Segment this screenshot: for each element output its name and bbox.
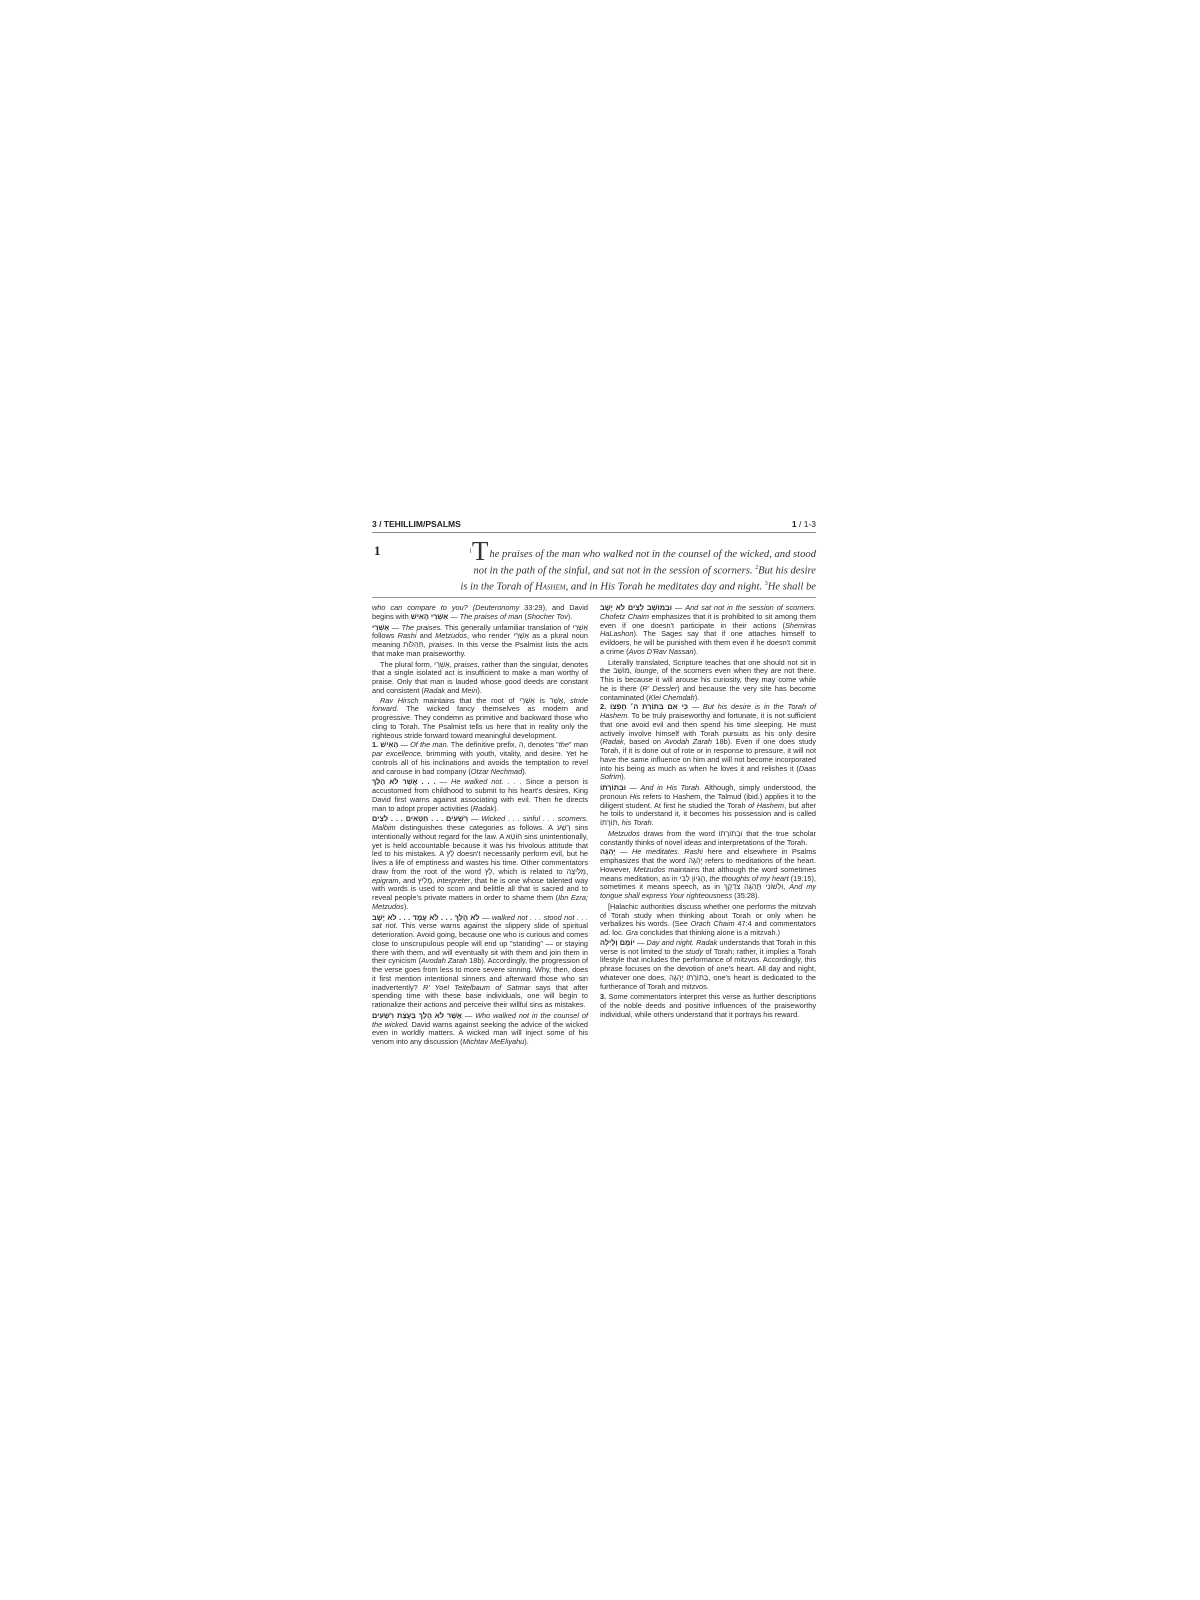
commentary-paragraph: who can compare to you? (Deuteronomy 33:… xyxy=(372,604,588,622)
commentary-paragraph: The plural form, אַשְׁרֵי, praises, rath… xyxy=(372,661,588,696)
commentary-paragraph: וּבְתוֹרָתוֹ — And in His Torah. Althoug… xyxy=(600,784,816,828)
verse-line: But his desire xyxy=(758,565,816,576)
verse-line: is in the Torah of xyxy=(460,581,532,592)
commentary-paragraph: [Halachic authorities discuss whether on… xyxy=(600,903,816,938)
commentary-paragraph: Metzudos draws from the word וּבְתוֹרָתו… xyxy=(600,830,816,848)
verse-line: , and in His Torah he meditates day and … xyxy=(566,581,762,592)
commentary-columns: who can compare to you? (Deuteronomy 33:… xyxy=(372,604,816,1049)
book-page: 3 / TEHILLIM/PSALMS 1 / 1-3 1 1The prais… xyxy=(372,519,816,1049)
commentary-paragraph: 1. הָאִישׁ — Of the man. The definitive … xyxy=(372,741,588,776)
commentary-paragraph: וּבְמוֹשַׁב לֵצִים לֹא יָשָׁב — And sat … xyxy=(600,604,816,657)
verse-translation: 1The praises of the man who walked not i… xyxy=(434,541,816,594)
verse-line: he praises of the man who walked not in … xyxy=(489,549,816,560)
commentary-paragraph: רְשָׁעִים . . . חַטָּאִים . . . לֵצִים —… xyxy=(372,815,588,911)
left-folio: 3 / TEHILLIM/PSALMS xyxy=(372,519,461,529)
verse-line: not in the path of the sinful, and sat n… xyxy=(474,565,753,576)
commentary-paragraph: 2. כִּי אִם בְּתוֹרַת ה׳ חֶפְצוֹ — But h… xyxy=(600,703,816,782)
commentary-paragraph: יוֹמָם וָלָיְלָה — Day and night. Radak … xyxy=(600,939,816,992)
verse-translation-block: 1 1The praises of the man who walked not… xyxy=(372,541,816,593)
commentary-paragraph: Literally translated, Scripture teaches … xyxy=(600,659,816,703)
folio-verses: 1-3 xyxy=(804,519,816,529)
commentary-right-column: וּבְמוֹשַׁב לֵצִים לֹא יָשָׁב — And sat … xyxy=(600,604,816,1049)
commentary-paragraph: אַשְׁרֵי — The praises. This generally u… xyxy=(372,624,588,659)
running-head: 3 / TEHILLIM/PSALMS 1 / 1-3 xyxy=(372,519,816,533)
commentary-paragraph: . . . אֲשֶׁר לֹא הָלַךְ — He walked not.… xyxy=(372,778,588,813)
commentary-left-column: who can compare to you? (Deuteronomy 33:… xyxy=(372,604,588,1049)
right-folio: 1 / 1-3 xyxy=(792,519,816,529)
divine-name: Hashem xyxy=(535,581,566,592)
commentary-paragraph: Rav Hirsch maintains that the root of אַ… xyxy=(372,697,588,741)
divider xyxy=(372,597,816,598)
commentary-paragraph: יֶהְגֶּה — He meditates. Rashi here and … xyxy=(600,848,816,901)
drop-cap: T xyxy=(472,536,489,566)
chapter-number: 1 xyxy=(374,543,381,559)
commentary-paragraph: 3. Some commentators interpret this vers… xyxy=(600,993,816,1019)
verse-line: He shall be xyxy=(768,581,816,592)
commentary-paragraph: אֲשֶׁר לֹא הָלַךְ בַּעֲצַת רְשָׁעִים — W… xyxy=(372,1012,588,1047)
commentary-paragraph: לֹא הָלַךְ . . . לֹא עָמָד . . . לֹא יָש… xyxy=(372,914,588,1010)
folio-sep: / xyxy=(797,519,804,529)
